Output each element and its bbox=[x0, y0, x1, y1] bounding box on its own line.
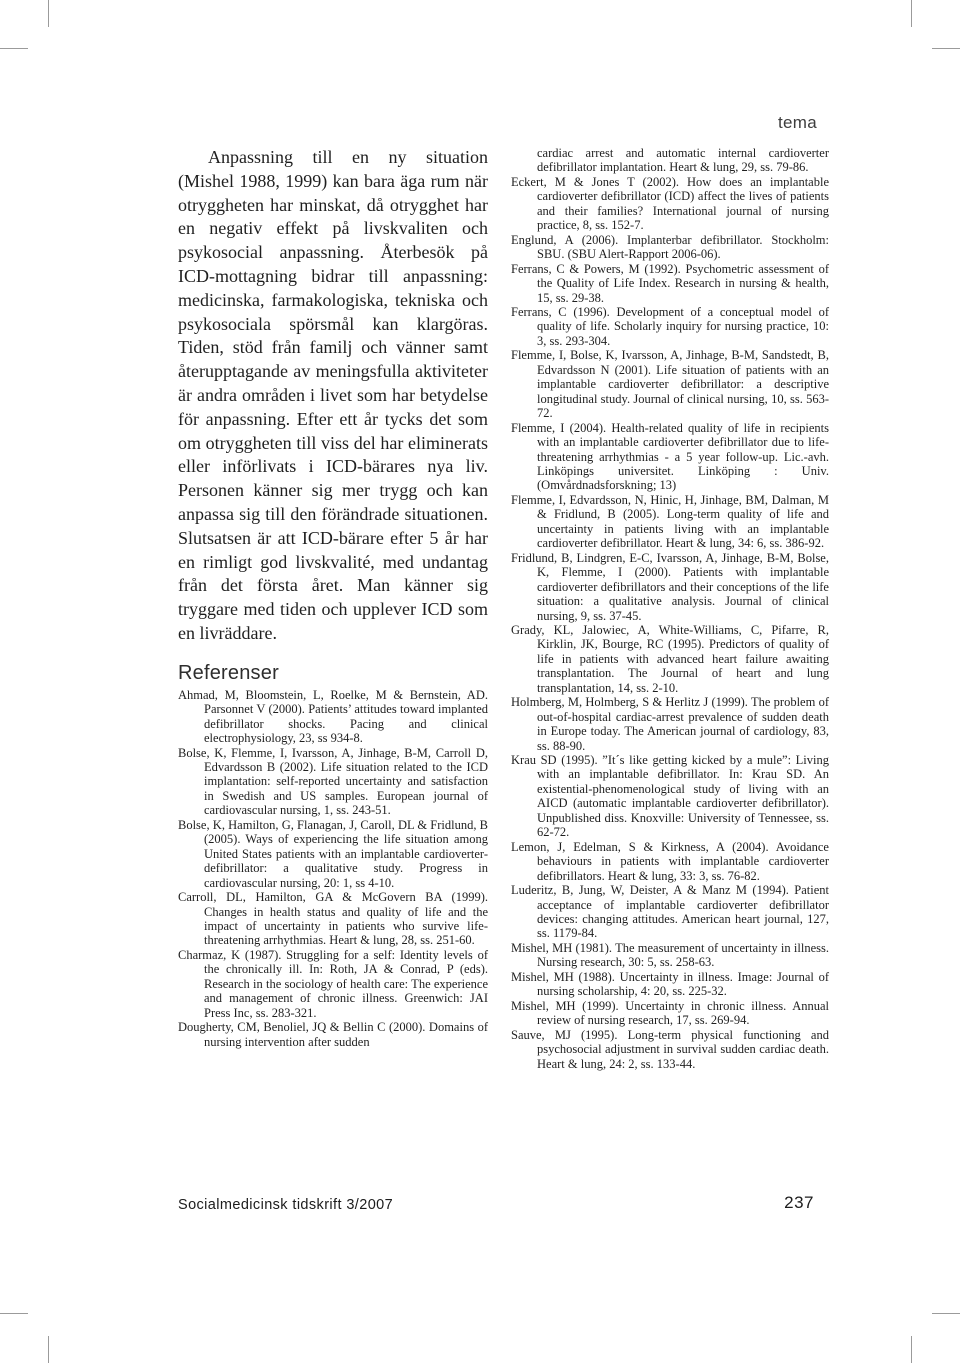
reference-entry: Ferrans, C (1996). Development of a conc… bbox=[511, 305, 829, 348]
reference-entry: Luderitz, B, Jung, W, Deister, A & Manz … bbox=[511, 883, 829, 941]
journal-page: tema Anpassning till en ny situation (Mi… bbox=[0, 0, 960, 1363]
crop-mark-bottom-left-vertical bbox=[48, 1336, 49, 1363]
reference-entry: Ahmad, M, Bloomstein, L, Roelke, M & Ber… bbox=[178, 688, 488, 746]
section-label-tema: tema bbox=[778, 113, 817, 133]
reference-entry: Charmaz, K (1987). Struggling for a self… bbox=[178, 948, 488, 1020]
reference-entry: Ferrans, C & Powers, M (1992). Psychomet… bbox=[511, 262, 829, 305]
reference-entry: Bolse, K, Flemme, I, Ivarsson, A, Jinhag… bbox=[178, 746, 488, 818]
reference-entry: Englund, A (2006). Implanterbar defibril… bbox=[511, 233, 829, 262]
crop-mark-bottom-right-horizontal bbox=[932, 1313, 960, 1314]
crop-mark-top-left-horizontal bbox=[0, 48, 28, 49]
references-heading: Referenser bbox=[178, 662, 488, 685]
reference-entry: Sauve, MJ (1995). Long-term physical fun… bbox=[511, 1028, 829, 1071]
reference-continuation: cardiac arrest and automatic internal ca… bbox=[511, 146, 829, 175]
footer-page-number: 237 bbox=[784, 1193, 814, 1213]
footer-journal-title: Socialmedicinsk tidskrift 3/2007 bbox=[178, 1197, 393, 1213]
reference-entry: Flemme, I (2004). Health-related quality… bbox=[511, 421, 829, 493]
reference-entry: Lemon, J, Edelman, S & Kirkness, A (2004… bbox=[511, 840, 829, 883]
crop-mark-bottom-left-horizontal bbox=[0, 1313, 28, 1314]
reference-entry: Flemme, I, Edvardsson, N, Hinic, H, Jinh… bbox=[511, 493, 829, 551]
reference-entry: Fridlund, B, Lindgren, E-C, Ivarsson, A,… bbox=[511, 551, 829, 623]
crop-mark-top-right-horizontal bbox=[932, 48, 960, 49]
reference-entry: Grady, KL, Jalowiec, A, White-Williams, … bbox=[511, 623, 829, 695]
reference-list-right: Eckert, M & Jones T (2002). How does an … bbox=[511, 175, 829, 1071]
crop-mark-top-left-vertical bbox=[48, 0, 49, 27]
body-paragraph: Anpassning till en ny situation (Mishel … bbox=[178, 146, 488, 646]
reference-entry: Holmberg, M, Holmberg, S & Herlitz J (19… bbox=[511, 695, 829, 753]
crop-mark-top-right-vertical bbox=[911, 0, 912, 27]
reference-entry: Mishel, MH (1981). The measurement of un… bbox=[511, 941, 829, 970]
crop-mark-bottom-right-vertical bbox=[911, 1336, 912, 1363]
reference-entry: Bolse, K, Hamilton, G, Flanagan, J, Caro… bbox=[178, 818, 488, 890]
reference-entry: Flemme, I, Bolse, K, Ivarsson, A, Jinhag… bbox=[511, 348, 829, 420]
reference-entry: Krau SD (1995). ”It´s like getting kicke… bbox=[511, 753, 829, 840]
reference-entry: Dougherty, CM, Benoliel, JQ & Bellin C (… bbox=[178, 1020, 488, 1049]
reference-entry: Mishel, MH (1999). Uncertainty in chroni… bbox=[511, 999, 829, 1028]
reference-entry: Carroll, DL, Hamilton, GA & McGovern BA … bbox=[178, 890, 488, 948]
right-column: cardiac arrest and automatic internal ca… bbox=[511, 146, 829, 1071]
reference-entry: Mishel, MH (1988). Uncertainty in illnes… bbox=[511, 970, 829, 999]
reference-list-left: Ahmad, M, Bloomstein, L, Roelke, M & Ber… bbox=[178, 688, 488, 1049]
left-column: Anpassning till en ny situation (Mishel … bbox=[178, 146, 488, 1049]
reference-entry: Eckert, M & Jones T (2002). How does an … bbox=[511, 175, 829, 233]
